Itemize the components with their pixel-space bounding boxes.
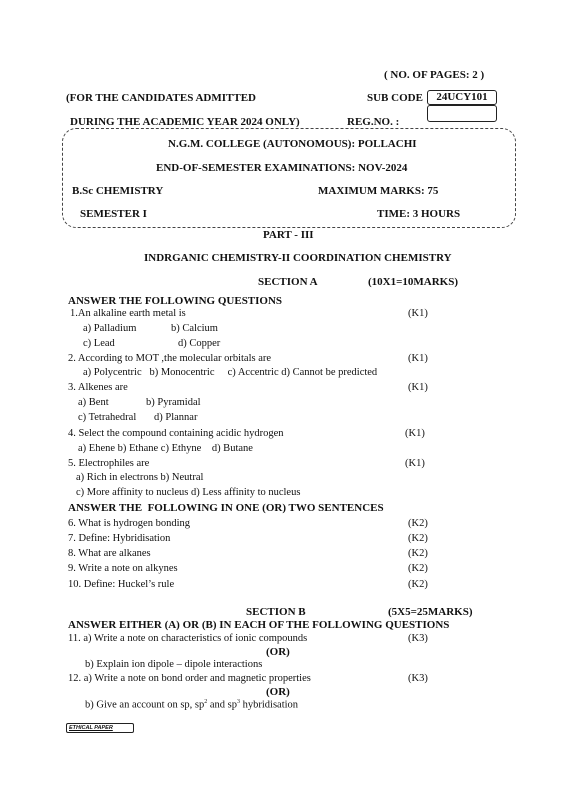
q1-option-d: d) Copper	[178, 338, 220, 349]
ethical-paper-badge: ETHICAL PAPER	[66, 723, 134, 733]
question-3-level: (K1)	[408, 382, 428, 393]
q3-option-d: d) Plannar	[154, 412, 197, 423]
question-7: 7. Define: Hybridisation	[68, 533, 170, 544]
section-b-marks: (5X5=25MARKS)	[388, 606, 472, 618]
max-marks: MAXIMUM MARKS: 75	[318, 185, 438, 197]
question-7-level: (K2)	[408, 533, 428, 544]
question-5-level: (K1)	[405, 458, 425, 469]
q5-options-line-2: c) More affinity to nucleus d) Less affi…	[76, 487, 300, 498]
section-a-marks: (10X1=10MARKS)	[368, 276, 458, 288]
no-of-pages: ( NO. OF PAGES: 2 )	[384, 69, 484, 81]
question-11b: b) Explain ion dipole – dipole interacti…	[85, 659, 262, 670]
question-8-level: (K2)	[408, 548, 428, 559]
programme: B.Sc CHEMISTRY	[72, 185, 163, 197]
q2-options: a) Polycentric b) Monocentric c) Accentr…	[83, 367, 377, 378]
q1-option-c: c) Lead	[83, 338, 115, 349]
candidates-line-1: (FOR THE CANDIDATES ADMITTED	[66, 92, 256, 104]
q1-option-a: a) Palladium	[83, 323, 136, 334]
question-4: 4. Select the compound containing acidic…	[68, 428, 283, 439]
question-12-level: (K3)	[408, 673, 428, 684]
question-1: 1.An alkaline earth metal is	[70, 308, 186, 319]
duration: TIME: 3 HOURS	[377, 208, 460, 220]
question-2-level: (K1)	[408, 353, 428, 364]
section-a-title: SECTION A	[258, 276, 318, 288]
section-a-instruction: ANSWER THE FOLLOWING QUESTIONS	[68, 295, 282, 307]
exam-name: END-OF-SEMESTER EXAMINATIONS: NOV-2024	[156, 162, 407, 174]
section-b-instruction: ANSWER EITHER (A) OR (B) IN EACH OF THE …	[68, 619, 449, 631]
q3-option-a: a) Bent	[78, 397, 109, 408]
question-10: 10. Define: Huckel’s rule	[68, 579, 174, 590]
q1-option-b: b) Calcium	[171, 323, 218, 334]
question-8: 8. What are alkanes	[68, 548, 151, 559]
question-2: 2. According to MOT ,the molecular orbit…	[68, 353, 271, 364]
question-6: 6. What is hydrogen bonding	[68, 518, 190, 529]
question-9: 9. Write a note on alkynes	[68, 563, 178, 574]
sub-code-label: SUB CODE	[367, 92, 423, 104]
q12b-text-1: b) Give an account on sp, sp	[85, 700, 204, 711]
question-11-or: (OR)	[266, 646, 290, 658]
question-10-level: (K2)	[408, 579, 428, 590]
question-5: 5. Electrophiles are	[68, 458, 149, 469]
q3-option-c: c) Tetrahedral	[78, 412, 136, 423]
q4-options: a) Ehene b) Ethane c) Ethyne d) Butane	[78, 443, 253, 454]
reg-no-field[interactable]	[427, 105, 497, 122]
q12b-text-2: and sp	[207, 700, 237, 711]
section-b-title: SECTION B	[246, 606, 306, 618]
part-label: PART - III	[263, 229, 314, 241]
question-12a: 12. a) Write a note on bond order and ma…	[68, 673, 311, 684]
q5-options-line-1: a) Rich in electrons b) Neutral	[76, 472, 203, 483]
question-6-level: (K2)	[408, 518, 428, 529]
q3-option-b: b) Pyramidal	[146, 397, 201, 408]
reg-no-label: REG.NO. :	[347, 116, 399, 128]
question-12-or: (OR)	[266, 686, 290, 698]
sub-code-value: 24UCY101	[427, 90, 497, 105]
question-3: 3. Alkenes are	[68, 382, 128, 393]
question-4-level: (K1)	[405, 428, 425, 439]
question-12b: b) Give an account on sp, sp2 and sp3 hy…	[85, 699, 298, 711]
question-11-level: (K3)	[408, 633, 428, 644]
q12b-text-3: hybridisation	[240, 700, 298, 711]
section-a-instruction-2: ANSWER THE FOLLOWING IN ONE (OR) TWO SEN…	[68, 502, 384, 514]
course-title: INDRGANIC CHEMISTRY-II COORDINATION CHEM…	[144, 252, 452, 264]
semester: SEMESTER I	[80, 208, 147, 220]
candidates-line-2: DURING THE ACADEMIC YEAR 2024 ONLY)	[70, 116, 300, 128]
question-9-level: (K2)	[408, 563, 428, 574]
question-11a: 11. a) Write a note on characteristics o…	[68, 633, 307, 644]
question-1-level: (K1)	[408, 308, 428, 319]
college-name: N.G.M. COLLEGE (AUTONOMOUS): POLLACHI	[168, 138, 417, 150]
